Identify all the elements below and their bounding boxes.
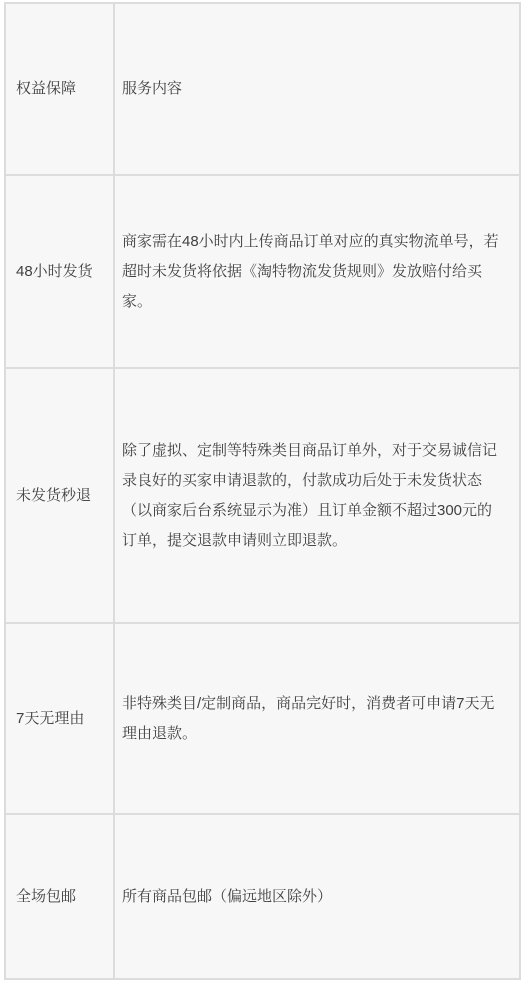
service-desc-cell: 除了虚拟、定制等特殊类目商品订单外，对于交易诚信记录良好的买家申请退款的，付款成… (114, 368, 520, 623)
service-desc-cell: 商家需在48小时内上传商品订单对应的真实物流单号，若超时未发货将依据《淘特物流发… (114, 175, 520, 368)
table-header-row: 权益保障 服务内容 (5, 3, 520, 175)
header-cell-service-content: 服务内容 (114, 3, 520, 175)
table-row: 48小时发货 商家需在48小时内上传商品订单对应的真实物流单号，若超时未发货将依… (5, 175, 520, 368)
service-name-cell: 48小时发货 (5, 175, 114, 368)
service-name-cell: 7天无理由 (5, 623, 114, 814)
service-name-cell: 未发货秒退 (5, 368, 114, 623)
service-guarantee-table: 权益保障 服务内容 48小时发货 商家需在48小时内上传商品订单对应的真实物流单… (4, 2, 521, 980)
table-row: 全场包邮 所有商品包邮（偏远地区除外） (5, 814, 520, 979)
table-row: 7天无理由 非特殊类目/定制商品，商品完好时，消费者可申请7天无理由退款。 (5, 623, 520, 814)
service-desc-cell: 非特殊类目/定制商品，商品完好时，消费者可申请7天无理由退款。 (114, 623, 520, 814)
header-cell-rights: 权益保障 (5, 3, 114, 175)
service-guarantee-panel: 权益保障 服务内容 48小时发货 商家需在48小时内上传商品订单对应的真实物流单… (4, 2, 521, 980)
service-name-cell: 全场包邮 (5, 814, 114, 979)
service-desc-cell: 所有商品包邮（偏远地区除外） (114, 814, 520, 979)
table-row: 未发货秒退 除了虚拟、定制等特殊类目商品订单外，对于交易诚信记录良好的买家申请退… (5, 368, 520, 623)
